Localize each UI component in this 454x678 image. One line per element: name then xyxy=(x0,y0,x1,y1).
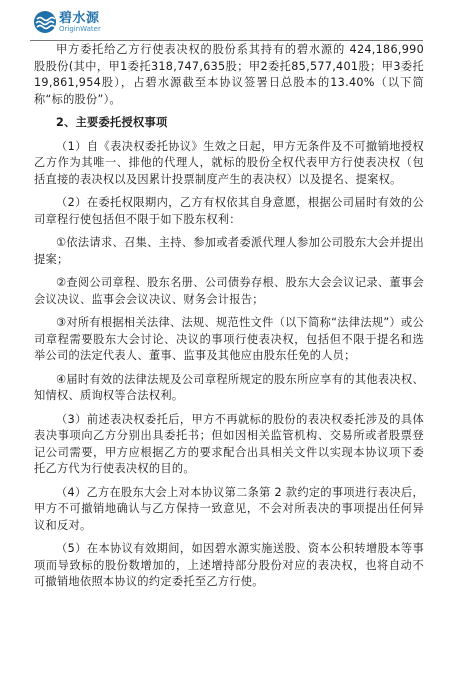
company-logo: 碧水源 OriginWater xyxy=(34,11,101,33)
clause-2-item-1: ①依法请求、召集、主持、参加或者委派代理人参加公司股东大会并提出提案； xyxy=(34,235,424,268)
clause-2: （2）在委托权限期内，乙方有权依其自身意愿，根据公司届时有效的公司章程行使包括但… xyxy=(34,195,424,228)
intro-paragraph: 甲方委托给乙方行使表决权的股份系其持有的碧水源的 424,186,990 股股份… xyxy=(34,42,424,108)
clause-2-item-4: ④届时有效的法律法规及公司章程所规定的股东所应享有的其他表决权、知情权、质询权等… xyxy=(34,372,424,405)
section-heading: 2、主要委托授权事项 xyxy=(34,115,424,132)
clause-3: （3）前述表决权委托后，甲方不再就标的股份的表决权委托涉及的具体表决事项向乙方分… xyxy=(34,412,424,478)
logo-english-name: OriginWater xyxy=(59,26,101,33)
header-divider xyxy=(30,40,423,41)
document-header: 碧水源 OriginWater xyxy=(0,0,454,40)
clause-1: （1）自《表决权委托协议》生效之日起，甲方无条件及不可撤销地授权乙方作为其唯一、… xyxy=(34,139,424,189)
document-body: 甲方委托给乙方行使表决权的股份系其持有的碧水源的 424,186,990 股股份… xyxy=(34,42,424,591)
logo-chinese-name: 碧水源 xyxy=(59,12,101,25)
clause-4: （4）乙方在股东大会上对本协议第二条第 2 款约定的事项进行表决后，甲方不可撤销… xyxy=(34,485,424,535)
clause-2-item-3: ③对所有根据相关法律、法规、规范性文件（以下简称“法律法规”）或公司章程需要股东… xyxy=(34,315,424,365)
water-wave-icon xyxy=(34,11,56,33)
clause-5: （5）在本协议有效期间，如因碧水源实施送股、资本公积转增股本等事项而导致标的股份… xyxy=(34,541,424,591)
clause-2-item-2: ②查阅公司章程、股东名册、公司债券存根、股东大会会议记录、董事会会议决议、监事会… xyxy=(34,275,424,308)
